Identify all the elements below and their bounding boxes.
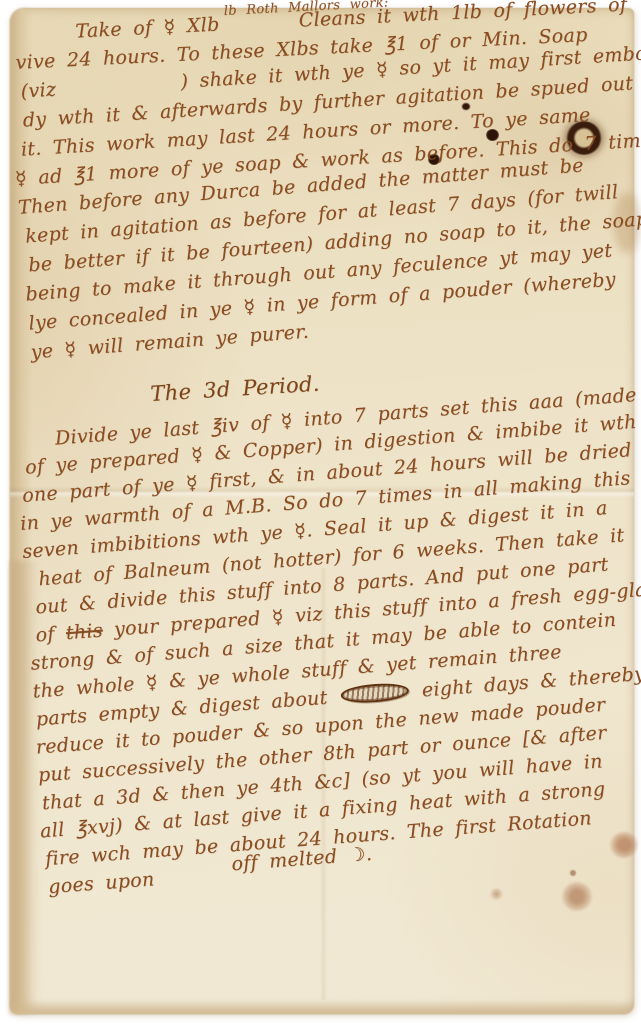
deckle-edge-bottom [10, 1000, 634, 1014]
handwritten-text: lb Roth Mallors work: Take of ☿ Xlb Clea… [12, 0, 641, 901]
crossed-out-word-scribble [340, 682, 409, 705]
manuscript-page: lb Roth Mallors work: Take of ☿ Xlb Clea… [10, 8, 634, 1014]
section-2: Divide ye last ℥iv of ☿ into 7 parts set… [28, 402, 641, 901]
rust-stain [562, 882, 592, 911]
line-segment: of [35, 622, 67, 646]
struck-word: this [65, 620, 103, 645]
closing-gap [155, 879, 233, 885]
manuscript-photo: lb Roth Mallors work: Take of ☿ Xlb Clea… [0, 0, 641, 1024]
rust-stain [490, 888, 503, 900]
closing-left: goes upon [47, 868, 155, 898]
